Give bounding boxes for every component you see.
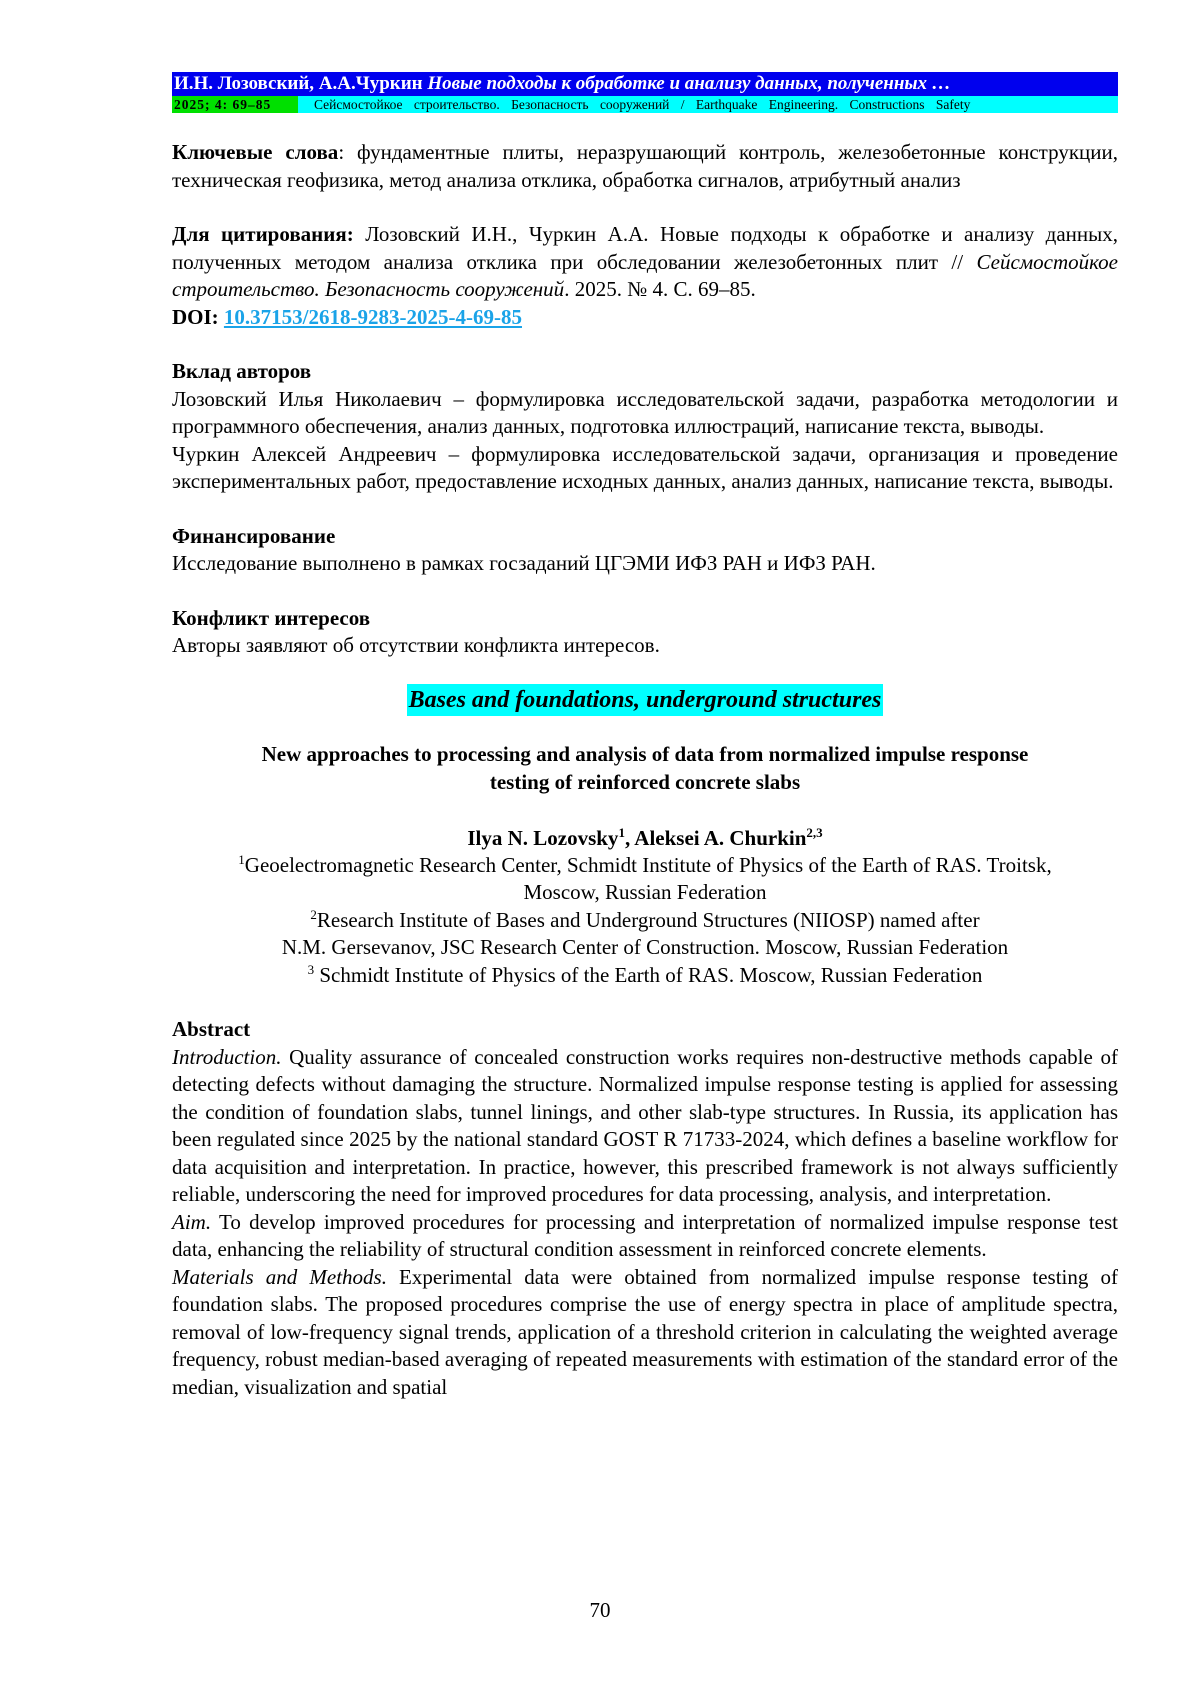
running-header: И.Н. Лозовский, А.А.Чуркин Новые подходы… xyxy=(172,72,1118,96)
author-name: Aleksei A. Churkin xyxy=(634,826,806,850)
citation-tail: . 2025. № 4. С. 69–85. xyxy=(564,277,756,301)
doi-link[interactable]: 10.37153/2618-9283-2025-4-69-85 xyxy=(224,305,522,329)
title-line: testing of reinforced concrete slabs xyxy=(172,768,1118,796)
journal-name: Сейсмостойкое строительство. Безопасност… xyxy=(298,96,1118,113)
abstract-aim: Aim. To develop improved procedures for … xyxy=(172,1209,1118,1264)
funding-heading: Финансирование xyxy=(172,523,1118,551)
abstract-heading: Abstract xyxy=(172,1016,1118,1044)
affiliation: 2Research Institute of Bases and Undergr… xyxy=(172,907,1118,962)
author-separator: , xyxy=(625,826,634,850)
conflict-text: Авторы заявляют об отсутствии конфликта … xyxy=(172,632,1118,660)
section-label: Aim. xyxy=(172,1210,211,1234)
affiliation: 1Geoelectromagnetic Research Center, Sch… xyxy=(172,852,1118,907)
doi-line: DOI: 10.37153/2618-9283-2025-4-69-85 xyxy=(172,304,1118,332)
funding-text: Исследование выполнено в рамках госзадан… xyxy=(172,550,1118,578)
journal-bar: 2025; 4: 69–85 Сейсмостойкое строительст… xyxy=(172,96,1118,113)
rubric-container: Bases and foundations, underground struc… xyxy=(172,684,1118,716)
author-affiliation-sup: 2,3 xyxy=(806,825,822,840)
affiliation-text: Research Institute of Bases and Undergro… xyxy=(317,908,980,932)
abstract-methods: Materials and Methods. Experimental data… xyxy=(172,1264,1118,1402)
citation-label: Для цитирования: xyxy=(172,222,354,246)
citation: Для цитирования: Лозовский И.Н., Чуркин … xyxy=(172,221,1118,304)
section-text: To develop improved procedures for proce… xyxy=(172,1210,1118,1262)
affiliation: 3 Schmidt Institute of Physics of the Ea… xyxy=(172,962,1118,990)
title-line: New approaches to processing and analysi… xyxy=(172,740,1118,768)
authors-en: Ilya N. Lozovsky1, Aleksei A. Churkin2,3 xyxy=(172,824,1118,852)
affiliation-text: N.M. Gersevanov, JSC Research Center of … xyxy=(172,934,1118,962)
author-name: Ilya N. Lozovsky xyxy=(467,826,618,850)
doi-label: DOI: xyxy=(172,305,219,329)
affiliation-text: Geoelectromagnetic Research Center, Schm… xyxy=(245,853,1052,877)
section-label: Materials and Methods. xyxy=(172,1265,387,1289)
contribution-item: Лозовский Илья Николаевич – формулировка… xyxy=(172,386,1118,441)
conflict-heading: Конфликт интересов xyxy=(172,605,1118,633)
rubric: Bases and foundations, underground struc… xyxy=(407,684,884,716)
contribution-item: Чуркин Алексей Андреевич – формулировка … xyxy=(172,441,1118,496)
article-title-en: New approaches to processing and analysi… xyxy=(172,740,1118,796)
keywords-label: Ключевые слова xyxy=(172,140,338,164)
contribution-heading: Вклад авторов xyxy=(172,358,1118,386)
page: И.Н. Лозовский, А.А.Чуркин Новые подходы… xyxy=(172,72,1118,1401)
section-label: Introduction. xyxy=(172,1045,281,1069)
section-text: Quality assurance of concealed construct… xyxy=(172,1045,1118,1207)
affiliation-text: Schmidt Institute of Physics of the Eart… xyxy=(314,963,982,987)
header-title: Новые подходы к обработке и анализу данн… xyxy=(427,73,950,94)
affiliation-text: Moscow, Russian Federation xyxy=(172,879,1118,907)
page-number: 70 xyxy=(0,1598,1200,1623)
abstract-introduction: Introduction. Quality assurance of conce… xyxy=(172,1044,1118,1209)
header-authors: И.Н. Лозовский, А.А.Чуркин xyxy=(174,73,427,94)
keywords: Ключевые слова: фундаментные плиты, нера… xyxy=(172,139,1118,194)
issue-info: 2025; 4: 69–85 xyxy=(172,96,298,113)
